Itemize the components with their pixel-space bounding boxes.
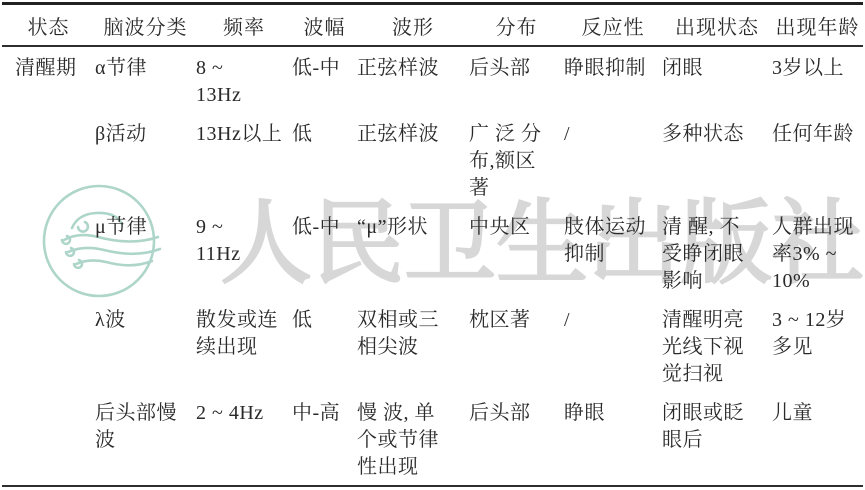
cell-frequency: 8 ~ 13Hz <box>196 46 292 113</box>
table-row: 后头部慢 波 2 ~ 4Hz 中-高 慢 波, 单 个或节律 性出现 后头部 睁… <box>2 392 863 486</box>
eeg-wave-table: 状态 脑波分类 频率 波幅 波形 分布 反应性 出现状态 出现年龄 清醒期 α节… <box>2 2 863 487</box>
cell-amplitude: 低 <box>292 299 357 392</box>
cell-wave-type: λ波 <box>95 299 196 392</box>
cell-distribution: 枕区著 <box>469 299 564 392</box>
cell-distribution: 后头部 <box>469 46 564 113</box>
col-header-amplitude: 波幅 <box>292 4 357 47</box>
col-header-reactivity: 反应性 <box>564 4 662 47</box>
cell-waveform: 正弦样波 <box>357 46 469 113</box>
cell-occur-age: 3岁以上 <box>772 46 863 113</box>
cell-reactivity: 肢体运动 抑制 <box>564 206 662 299</box>
scanned-table-page: 人民卫生出版社 状态 脑波分类 频率 波幅 波形 分布 反应性 出现状态 出现年… <box>0 2 865 490</box>
cell-amplitude: 中-高 <box>292 392 357 486</box>
cell-frequency: 散发或连 续出现 <box>196 299 292 392</box>
cell-distribution: 后头部 <box>469 392 564 486</box>
col-header-state: 状态 <box>2 4 95 47</box>
cell-waveform: 正弦样波 <box>357 113 469 206</box>
table-row: λ波 散发或连 续出现 低 双相或三 相尖波 枕区著 / 清醒明亮 光线下视 觉… <box>2 299 863 392</box>
cell-state <box>2 392 95 486</box>
cell-frequency: 2 ~ 4Hz <box>196 392 292 486</box>
cell-wave-type: α节律 <box>95 46 196 113</box>
col-header-frequency: 频率 <box>196 4 292 47</box>
cell-state <box>2 206 95 299</box>
cell-waveform: 双相或三 相尖波 <box>357 299 469 392</box>
cell-occur-age: 3 ~ 12岁 多见 <box>772 299 863 392</box>
col-header-occur-age: 出现年龄 <box>772 4 863 47</box>
cell-amplitude: 低 <box>292 113 357 206</box>
cell-occur-age: 儿童 <box>772 392 863 486</box>
cell-frequency: 13Hz以上 <box>196 113 292 206</box>
cell-occur-state: 多种状态 <box>662 113 772 206</box>
cell-distribution: 广 泛 分 布,额区 著 <box>469 113 564 206</box>
col-header-waveform: 波形 <box>357 4 469 47</box>
table-row: 清醒期 α节律 8 ~ 13Hz 低-中 正弦样波 后头部 睁眼抑制 闭眼 3岁… <box>2 46 863 113</box>
cell-reactivity: / <box>564 113 662 206</box>
cell-state: 清醒期 <box>2 46 95 113</box>
table-row: β活动 13Hz以上 低 正弦样波 广 泛 分 布,额区 著 / 多种状态 任何… <box>2 113 863 206</box>
cell-waveform: “μ”形状 <box>357 206 469 299</box>
cell-occur-state: 闭眼 <box>662 46 772 113</box>
cell-distribution: 中央区 <box>469 206 564 299</box>
col-header-wave-type: 脑波分类 <box>95 4 196 47</box>
cell-occur-state: 清 醒, 不 受睁闭眼 影响 <box>662 206 772 299</box>
cell-wave-type: μ节律 <box>95 206 196 299</box>
cell-state <box>2 299 95 392</box>
cell-wave-type: β活动 <box>95 113 196 206</box>
cell-amplitude: 低-中 <box>292 46 357 113</box>
cell-state <box>2 113 95 206</box>
col-header-occur-state: 出现状态 <box>662 4 772 47</box>
col-header-distribution: 分布 <box>469 4 564 47</box>
header-row: 状态 脑波分类 频率 波幅 波形 分布 反应性 出现状态 出现年龄 <box>2 4 863 47</box>
cell-wave-type: 后头部慢 波 <box>95 392 196 486</box>
cell-reactivity: 睁眼抑制 <box>564 46 662 113</box>
cell-occur-state: 闭眼或眨 眼后 <box>662 392 772 486</box>
cell-frequency: 9 ~ 11Hz <box>196 206 292 299</box>
cell-occur-age: 人群出现 率3% ~ 10% <box>772 206 863 299</box>
cell-occur-state: 清醒明亮 光线下视 觉扫视 <box>662 299 772 392</box>
cell-waveform: 慢 波, 单 个或节律 性出现 <box>357 392 469 486</box>
cell-reactivity: 睁眼 <box>564 392 662 486</box>
cell-amplitude: 低-中 <box>292 206 357 299</box>
table-row: μ节律 9 ~ 11Hz 低-中 “μ”形状 中央区 肢体运动 抑制 清 醒, … <box>2 206 863 299</box>
cell-reactivity: / <box>564 299 662 392</box>
cell-occur-age: 任何年龄 <box>772 113 863 206</box>
